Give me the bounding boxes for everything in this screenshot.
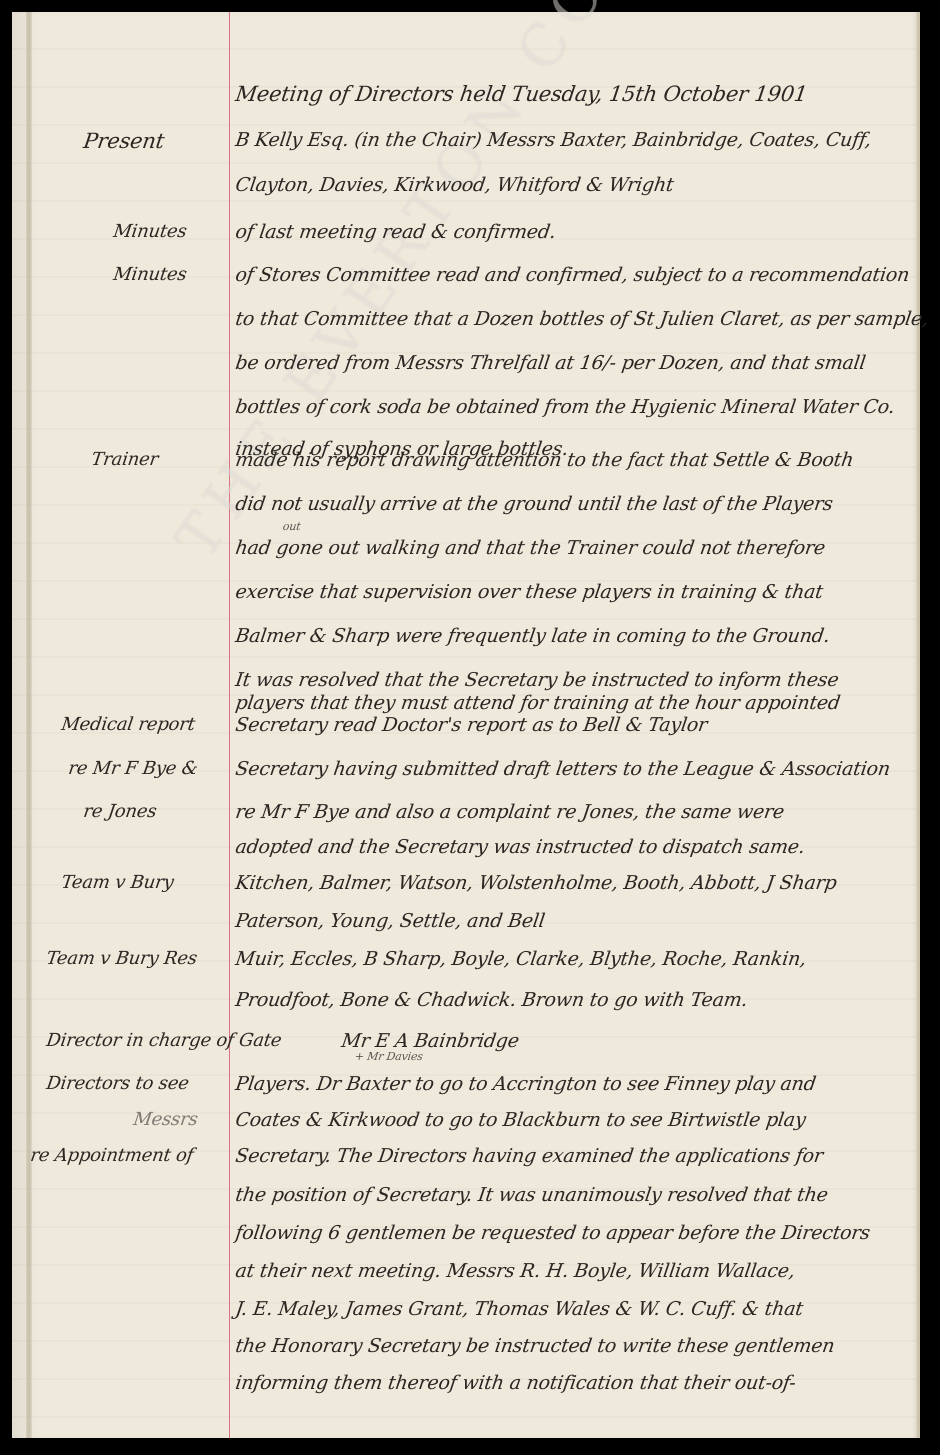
body-line: J. E. Maley, James Grant, Thomas Wales &… [234,1298,804,1320]
body-line: Coates & Kirkwood to go to Blackburn to … [234,1109,807,1131]
ledger-page: THE EVERTON COLLECTION CHARITABLE TRUST … [12,12,920,1438]
body-line: the position of Secretary. It was unanim… [234,1184,829,1206]
body-line: exercise that supervision over these pla… [234,581,824,603]
body-line: informing them thereof with a notificati… [234,1372,797,1394]
insertion-out: out [282,520,301,533]
body-line: Secretary having submitted draft letters… [234,758,891,780]
body-line: had gone out walking and that the Traine… [234,537,827,559]
body-line: Clayton, Davies, Kirkwood, Whitford & Wr… [234,174,675,196]
margin-note-minutes: Minutes [112,221,188,242]
margin-note-appointment: re Appointment of [29,1145,195,1166]
margin-note-team-v-bury-res: Team v Bury Res [45,948,198,969]
body-line: following 6 gentlemen be requested to ap… [234,1222,871,1244]
body-line: Secretary read Doctor's report as to Bel… [234,714,709,736]
body-line: It was resolved that the Secretary be in… [234,669,840,691]
body-line: adopted and the Secretary was instructed… [234,836,806,858]
body-line: made his report drawing attention to the… [234,449,855,471]
body-line: re Mr F Bye and also a complaint re Jone… [234,801,786,823]
body-line: Players. Dr Baxter to go to Accrington t… [234,1073,817,1095]
margin-note-medical-report: Medical report [60,714,196,735]
body-line: did not usually arrive at the ground unt… [234,493,834,515]
body-line: Paterson, Young, Settle, and Bell [234,910,546,932]
insertion-mr-davies: + Mr Davies [354,1050,424,1063]
body-line: Proudfoot, Bone & Chadwick. Brown to go … [234,989,749,1011]
body-line: Balmer & Sharp were frequently late in c… [234,625,831,647]
margin-note-re-bye: re Mr F Bye & [67,758,199,779]
body-line: bottles of cork soda be obtained from th… [234,396,896,418]
body-line: the Honorary Secretary be instructed to … [234,1335,836,1357]
body-line: at their next meeting. Messrs R. H. Boyl… [234,1260,796,1282]
body-line: to that Committee that a Dozen bottles o… [234,308,930,330]
margin-note-minutes-stores: Minutes [112,264,188,285]
page-edge [917,12,920,1438]
body-line: be ordered from Messrs Threlfall at 16/-… [234,352,867,374]
body-line: of Stores Committee read and confirmed, … [234,264,911,286]
margin-note-present: Present [82,129,166,153]
body-line: Mr E A Bainbridge [340,1030,520,1052]
margin-note-messrs: Messrs [132,1109,199,1130]
body-line: Kitchen, Balmer, Watson, Wolstenholme, B… [234,872,838,894]
margin-note-director-gate: Director in charge of Gate [45,1030,283,1051]
body-line: of last meeting read & confirmed. [234,221,557,243]
body-line: Secretary. The Directors having examined… [234,1145,824,1167]
body-line: Muir, Eccles, B Sharp, Boyle, Clarke, Bl… [234,948,808,970]
margin-note-re-jones: re Jones [82,801,158,822]
margin-note-team-v-bury: Team v Bury [60,872,175,893]
body-line: B Kelly Esq. (in the Chair) Messrs Baxte… [234,129,873,151]
margin-note-directors-to-see: Directors to see [45,1073,190,1094]
page-title: Meeting of Directors held Tuesday, 15th … [234,82,809,106]
body-line: players that they must attend for traini… [234,692,842,714]
binding-gutter [26,12,32,1438]
margin-note-trainer: Trainer [90,449,160,470]
margin-rule [229,12,230,1438]
